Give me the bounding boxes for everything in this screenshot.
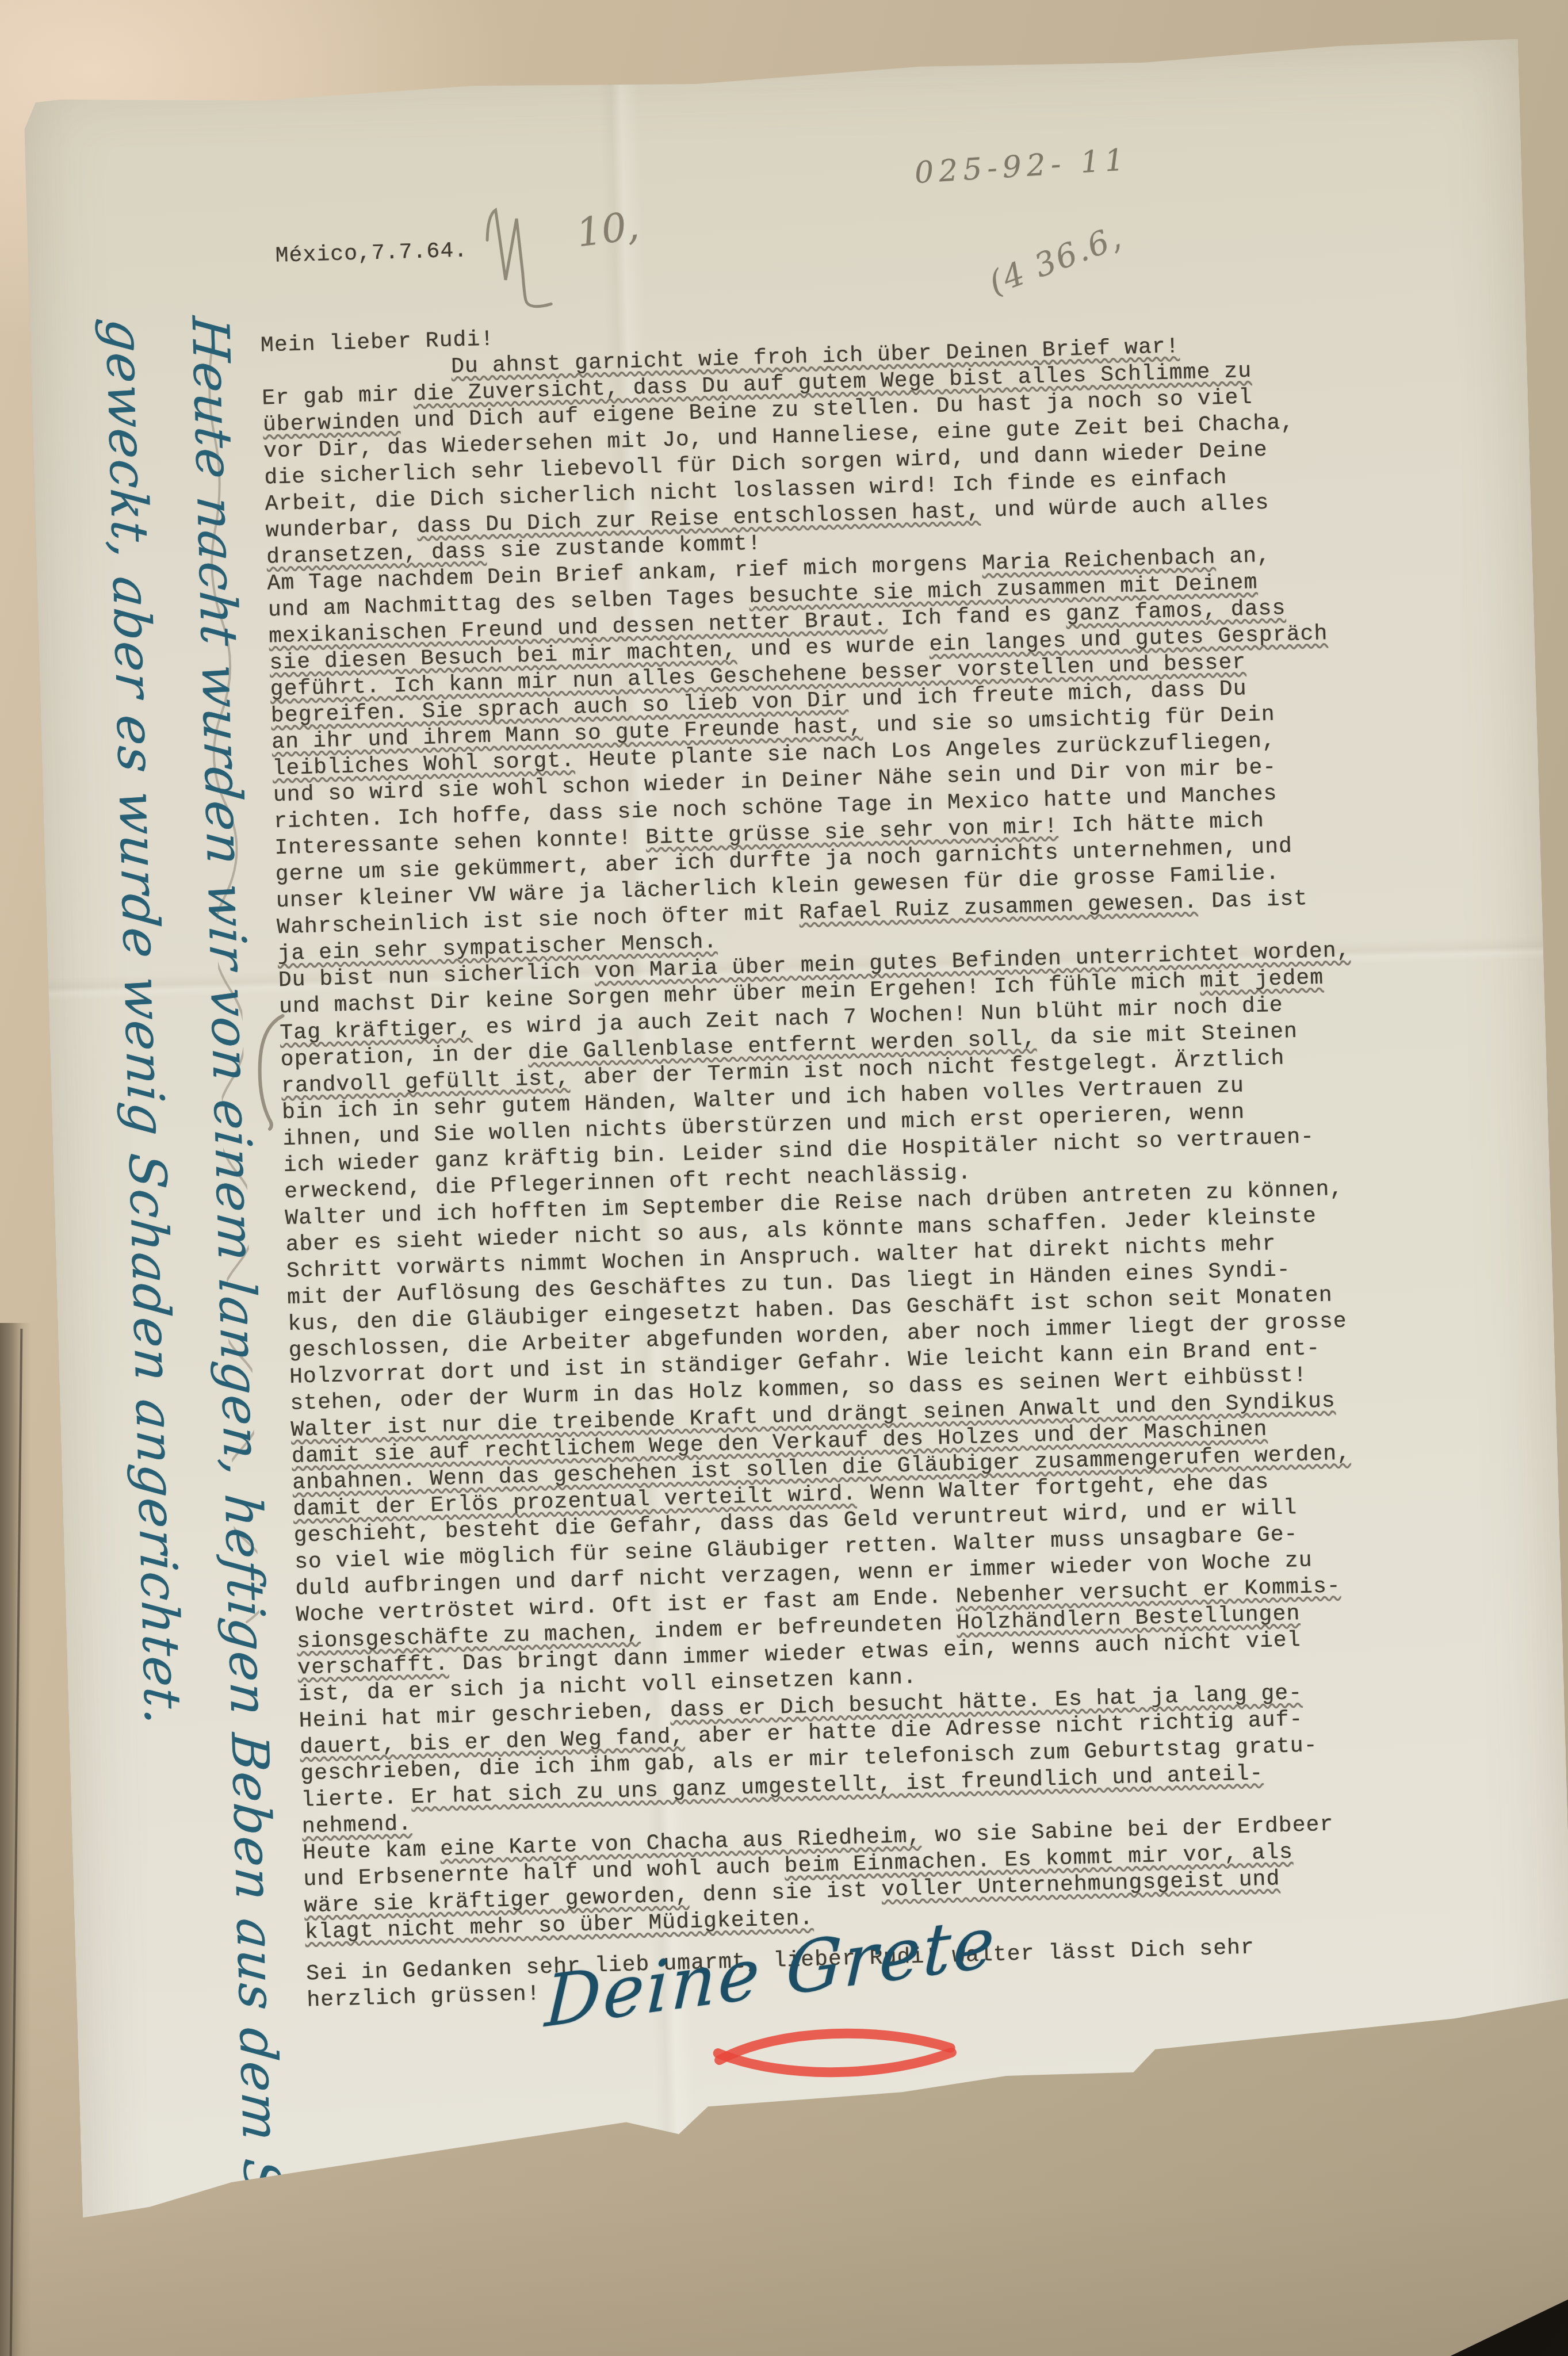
red-crayon-underline-icon [710, 2018, 959, 2088]
typed-text-block: Mein lieber Rudi! Du ahnst garnicht wie … [260, 301, 1463, 2014]
pencil-underlined-phrase: verschafft. [297, 1651, 449, 1680]
pencil-underlined-phrase: nehmend. [301, 1811, 412, 1839]
typed-paragraph: Du ahnst garnicht wie froh ich über Dein… [261, 327, 1422, 571]
letter-paper: 025-92- 11 México,7.7.64. 10, (4 36.6, M… [23, 39, 1568, 2311]
pencil-underlined-phrase: Tag kräftiger, [280, 1016, 473, 1046]
typed-paragraph: Am Tage nachdem Dein Brief ankam, rief m… [267, 538, 1433, 967]
pencil-fever-note: (4 36.6, [984, 219, 1127, 303]
pencil-page-number: 10, [574, 203, 642, 257]
dateline: México,7.7.64. [275, 239, 468, 269]
typed-body: Du ahnst garnicht wie froh ich über Dein… [261, 327, 1463, 2014]
pencil-checkmark-icon [478, 202, 568, 326]
archival-code-annotation: 025-92- 11 [913, 143, 1130, 190]
typed-paragraph: Walter und ich hofften im September die … [285, 1173, 1455, 1708]
pencil-underlined-phrase: mit jedem [1199, 965, 1324, 993]
pencil-underlined-phrase: überwinden [262, 409, 400, 438]
typed-paragraph: Du bist nun sicherlich von Maria über me… [278, 935, 1440, 1206]
